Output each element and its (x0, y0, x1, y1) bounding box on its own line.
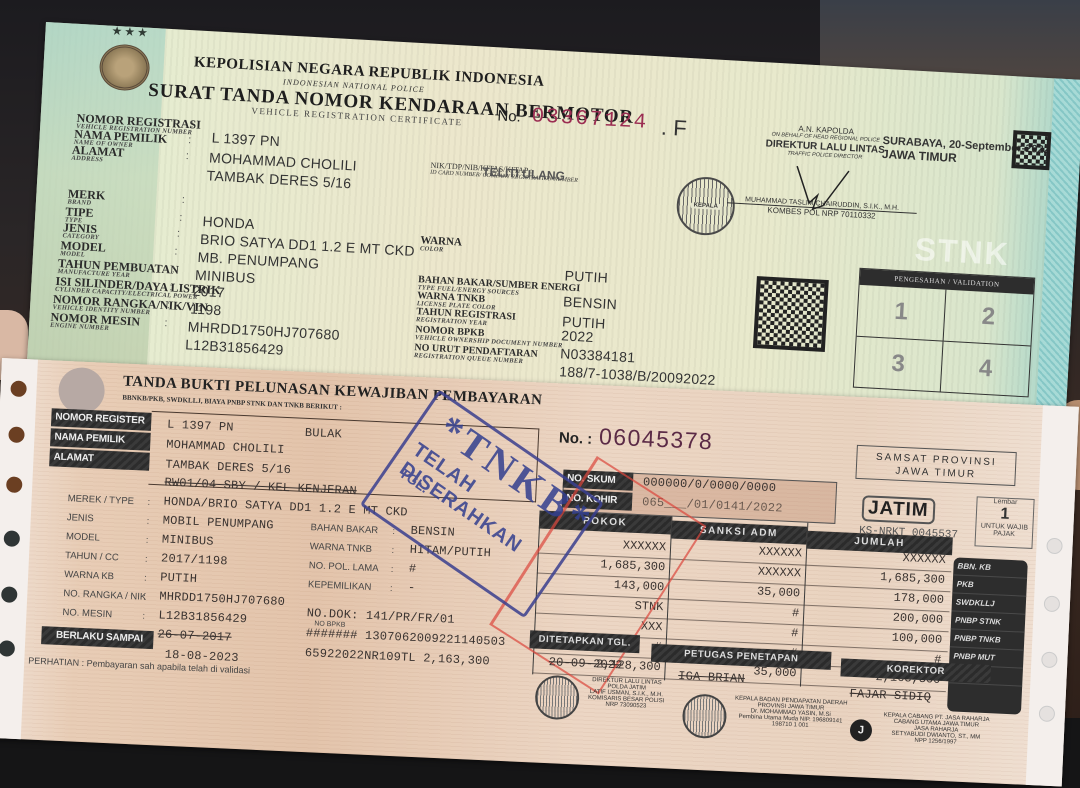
stnk-watermark: STNK (914, 231, 1011, 273)
field-colon: : (147, 516, 150, 526)
police-signatory: DIREKTUR LALU LINTAS POLDA JATIM LATIF U… (581, 677, 672, 711)
field-value: L12B31856429 (158, 608, 247, 626)
nik-value: TELITI ULANG (482, 165, 565, 184)
field-label: MODEL (66, 531, 100, 544)
field-label: WARNA KB (64, 569, 114, 582)
field-colon: : (390, 583, 393, 593)
field-colon: : (179, 212, 183, 224)
perforation-hole-icon (1039, 705, 1056, 722)
field-colon: : (146, 535, 149, 545)
field-value: - (408, 581, 416, 595)
jasa-raharja-signatory: KEPALA CABANG PT. JASA RAHARJA CABANG UT… (877, 712, 994, 747)
field-value: 26-07-2017 (157, 627, 232, 644)
field-value: HONDA (202, 213, 255, 232)
field-label: NO. POL. LAMA (309, 560, 379, 574)
field-colon: : (391, 564, 394, 574)
field-label: WARNA TNKB (310, 541, 373, 555)
field-colon: : (169, 281, 173, 293)
police-seal-icon (534, 675, 580, 721)
validation-box: PENGESAHAN / VALIDATION 1 2 3 4 (853, 268, 1035, 398)
validation-cell: 3 (854, 336, 944, 392)
field-value: MHRDD1750HJ707680 (159, 589, 285, 609)
sheet-sub: UNTUK WAJIB PAJAK (981, 523, 1028, 539)
validation-cell: 2 (944, 290, 1034, 346)
label-berlaku-sampai: BERLAKU SAMPAI (41, 626, 154, 649)
field-label: TAHUN / CC (65, 550, 119, 563)
field-value: BENSIN (563, 293, 618, 312)
field-colon: : (164, 317, 168, 329)
perforation-hole-icon (0, 640, 15, 657)
field-value: MINIBUS (162, 532, 214, 548)
bpkb-line: ####### 1307062009221140503 (306, 626, 506, 649)
bapenda-seal-icon (681, 693, 727, 739)
field-label: JENIS (67, 512, 94, 524)
perforation-hole-icon (3, 530, 20, 547)
payment-receipt: TANDA BUKTI PELUNASAN KEWAJIBAN PEMBAYAR… (0, 358, 1079, 787)
assessing-officer: IGA BRIAN (678, 669, 745, 686)
label-alamat: ALAMAT (49, 448, 150, 471)
field-value: PUTIH (160, 570, 198, 586)
number-label: No. (497, 107, 521, 125)
fee-item-labels: BBN. KBPKBSWDKLLJPNBP STNKPNBP TNKBPNBP … (947, 557, 1028, 714)
field-colon: : (147, 497, 150, 507)
perforation-hole-icon (1046, 538, 1063, 555)
field-label: WARNACOLOR (420, 235, 462, 255)
validation-cell: 1 (857, 285, 947, 341)
receipt-number-label: No. : (559, 429, 593, 447)
field-value: # (409, 562, 417, 576)
label-nama-pemilik: NAMA PEMILIK (50, 428, 151, 451)
field-colon: : (185, 150, 189, 162)
hologram-seal-icon (58, 367, 106, 415)
label-nomor-register: NOMOR REGISTER (51, 408, 152, 431)
perforation-hole-icon (1044, 596, 1061, 613)
field-value: 2022 (561, 327, 594, 345)
field-colon: : (188, 134, 192, 146)
field-colon: : (145, 554, 148, 564)
stamp-text: KEPALA (690, 202, 721, 210)
signature-icon (788, 164, 851, 217)
field-colon: : (391, 545, 394, 555)
jasa-raharja-logo-icon: J (850, 719, 873, 742)
field-value: 2017/1198 (161, 551, 228, 568)
field-label: BAHAN BAKAR (310, 522, 378, 536)
field-value: L12B31856429 (185, 336, 284, 357)
field-colon: : (142, 611, 145, 621)
qr-code-icon (753, 276, 829, 352)
perforation-hole-icon (1041, 651, 1058, 668)
stars-icon: ★★★ (111, 24, 150, 40)
register-number: L 1397 PN (167, 418, 234, 435)
samsat-box: SAMSAT PROVINSI JAWA TIMUR (855, 445, 1016, 486)
field-value: L 1397 PN (211, 129, 280, 149)
field-label: MEREK / TYPE (67, 493, 134, 507)
jatim-logo: JATIM (861, 495, 935, 524)
perforation-hole-icon (6, 476, 23, 493)
perforation-left (0, 358, 38, 739)
number-suffix: . F (660, 115, 687, 142)
field-label: NO. MESIN (62, 607, 112, 620)
perforation-hole-icon (1, 586, 18, 603)
perforation-hole-icon (10, 380, 27, 397)
field-colon: : (167, 299, 171, 311)
register-area: BULAK (305, 426, 343, 442)
field-value: N03384181 (560, 345, 636, 365)
sheet-box: Lembar 1 UNTUK WAJIB PAJAK (974, 496, 1034, 549)
field-colon: : (190, 118, 194, 130)
perforation-hole-icon (8, 426, 25, 443)
bapenda-signatory: KEPALA BADAN PENDAPATAN DAERAH PROVINSI … (730, 695, 851, 730)
field-colon: : (144, 573, 147, 583)
field-colon: : (143, 592, 146, 602)
field-value: MOBIL PENUMPANG (162, 513, 274, 532)
corrector: FAJAR SIDIQ (849, 687, 931, 705)
field-label: NO. RANGKA / NIK (63, 588, 146, 603)
validation-cell: 4 (941, 341, 1031, 397)
receipt-number: 06045378 (598, 423, 713, 455)
qr-code-icon (1011, 130, 1051, 170)
field-colon: : (174, 246, 178, 258)
field-label: ALAMATADDRESS (71, 144, 124, 165)
field-colon: : (181, 194, 185, 206)
code-line: 65922022NR109TL 2,163,300 (305, 646, 490, 668)
field-label: KEPEMILIKAN (308, 579, 372, 593)
field-colon: : (177, 228, 181, 240)
